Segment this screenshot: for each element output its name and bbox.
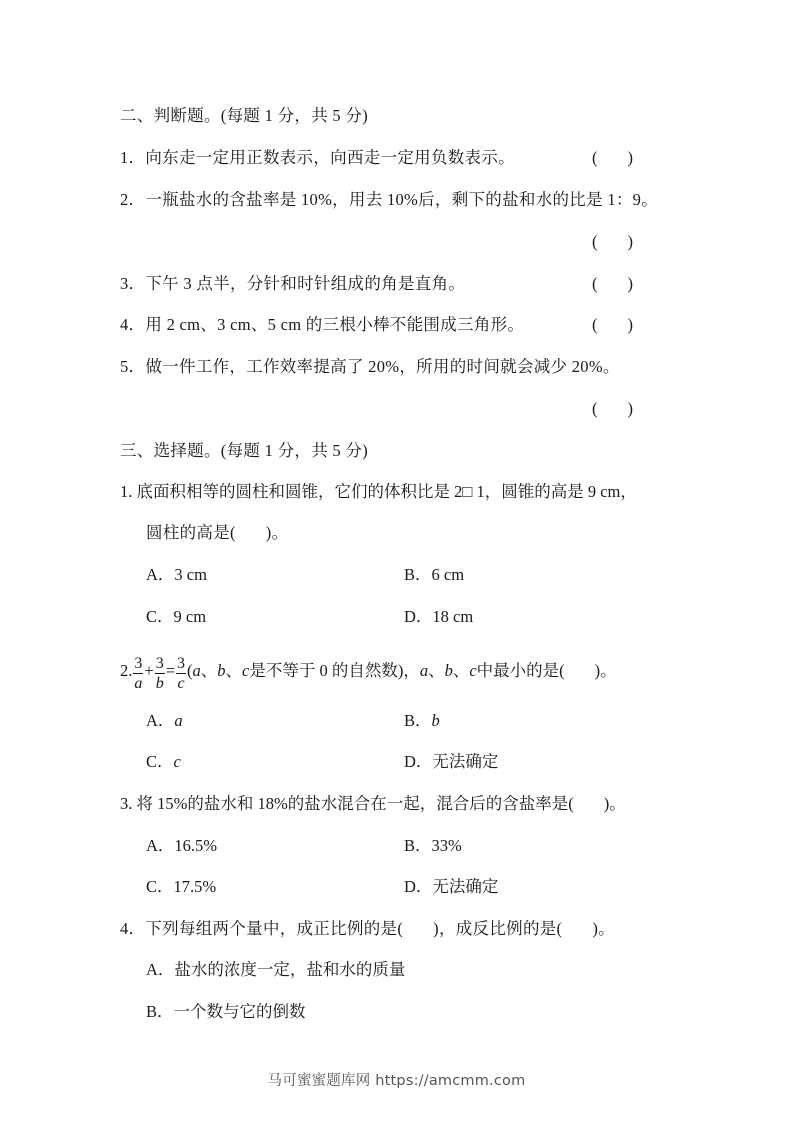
separator: 、 <box>226 661 243 680</box>
mc-q1-option-b[interactable]: B．6 cm <box>404 564 464 586</box>
mc-q3-option-c[interactable]: C．17.5% <box>146 876 216 898</box>
fraction-3-over-b: 3b <box>155 656 165 692</box>
tf-question-5: 5．做一件工作，工作效率提高了 20%，所用的时间就会减少 20%。 <box>120 356 620 378</box>
mc-question-3-end: )。 <box>604 794 626 813</box>
exam-page: 二、判断题。(每题 1 分，共 5 分) 1．向东走一定用正数表示，向西走一定用… <box>0 0 793 1122</box>
mc-question-2-number: 2. <box>120 661 132 680</box>
tf-question-1: 1．向东走一定用正数表示，向西走一定用负数表示。 <box>120 147 515 169</box>
fraction-3-over-c: 3c <box>176 656 186 692</box>
fraction-3-over-a: 3a <box>133 656 143 692</box>
mc-q1-option-c[interactable]: C．9 cm <box>146 606 206 628</box>
var-b: b <box>217 661 225 680</box>
tf-answer-blank-4[interactable]: () <box>592 314 633 336</box>
mc-q3-option-b[interactable]: B．33% <box>404 835 462 857</box>
mc-q4-option-a[interactable]: A．盐水的浓度一定，盐和水的质量 <box>146 959 405 981</box>
equals-sign: = <box>166 661 175 680</box>
section-3-title: 三、选择题。(每题 1 分，共 5 分) <box>120 440 368 462</box>
tf-question-2: 2．一瓶盐水的含盐率是 10%，用去 10%后，剩下的盐和水的比是 1：9。 <box>120 189 658 211</box>
section-2-title: 二、判断题。(每题 1 分，共 5 分) <box>120 105 368 127</box>
mc-q3-option-a[interactable]: A．16.5% <box>146 835 217 857</box>
var-a: a <box>420 661 428 680</box>
footer-watermark: 马可蜜蜜题库网 https://amcmm.com <box>0 1069 793 1090</box>
mc-question-4: 4．下列每组两个量中，成正比例的是()，成反比例的是()。 <box>120 918 615 940</box>
mc-q2-option-c[interactable]: C．c <box>146 751 181 773</box>
separator: 、 <box>201 661 218 680</box>
separator: 、 <box>453 661 470 680</box>
tf-answer-blank-3[interactable]: () <box>592 273 633 295</box>
var-b: b <box>445 661 453 680</box>
mc-question-3-stem: 3. 将 15%的盐水和 18%的盐水混合在一起，混合后的含盐率是( <box>120 794 574 813</box>
mc-q1-option-d[interactable]: D．18 cm <box>404 606 473 628</box>
mc-question-4-end: )。 <box>592 919 615 938</box>
mc-question-2-mid: 是不等于 0 的自然数)， <box>249 661 420 680</box>
mc-question-3: 3. 将 15%的盐水和 18%的盐水混合在一起，混合后的含盐率是()。 <box>120 793 626 815</box>
mc-question-1-line2: 圆柱的高是()。 <box>146 522 288 544</box>
mc-q2-option-b[interactable]: B．b <box>404 710 440 732</box>
mc-question-1-end: )。 <box>266 523 289 542</box>
plus-sign: + <box>144 661 153 680</box>
tf-answer-blank-1[interactable]: () <box>592 147 633 169</box>
mc-q3-option-d[interactable]: D．无法确定 <box>404 876 498 898</box>
tf-question-3: 3．下午 3 点半，分针和时针组成的角是直角。 <box>120 273 465 295</box>
mc-q2-option-d[interactable]: D．无法确定 <box>404 751 498 773</box>
var-a: a <box>193 661 201 680</box>
tf-answer-blank-5[interactable]: () <box>592 398 633 420</box>
tf-question-4: 4．用 2 cm、3 cm、5 cm 的三根小棒不能围成三角形。 <box>120 314 524 336</box>
mc-q1-option-a[interactable]: A．3 cm <box>146 564 207 586</box>
mc-q4-option-b[interactable]: B．一个数与它的倒数 <box>146 1001 306 1023</box>
mc-question-1-line1: 1. 底面积相等的圆柱和圆锥，它们的体积比是 2□ 1，圆锥的高是 9 cm， <box>120 481 637 503</box>
mc-question-1-stem: 圆柱的高是( <box>146 523 236 542</box>
mc-q2-option-a[interactable]: A．a <box>146 710 183 732</box>
tf-answer-blank-2[interactable]: () <box>592 231 633 253</box>
mc-question-4-stem: 4．下列每组两个量中，成正比例的是( <box>120 919 403 938</box>
separator: 、 <box>428 661 445 680</box>
mc-question-2-end: 中最小的是( <box>477 661 565 680</box>
mc-question-2: 2.3a+3b=3c(a、b、c是不等于 0 的自然数)，a、b、c中最小的是(… <box>120 654 617 690</box>
var-c: c <box>469 661 476 680</box>
mc-question-2-close: )。 <box>595 661 617 680</box>
mc-question-4-mid: )，成反比例的是( <box>433 919 562 938</box>
